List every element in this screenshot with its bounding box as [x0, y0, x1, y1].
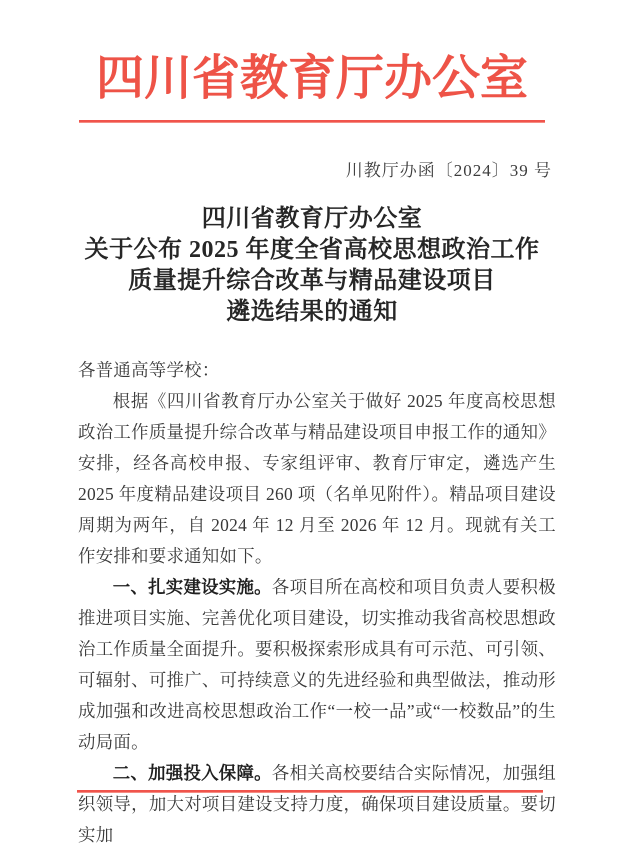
paragraph-1: 根据《四川省教育厅办公室关于做好 2025 年度高校思想政治工作质量提升综合改革…	[78, 386, 556, 572]
salutation: 各普通高等学校：	[78, 355, 556, 386]
title-line-2: 关于公布 2025 年度全省高校思想政治工作	[0, 235, 624, 266]
document-body: 各普通高等学校： 根据《四川省教育厅办公室关于做好 2025 年度高校思想政治工…	[78, 355, 556, 844]
header-red-rule	[79, 120, 545, 123]
letterhead-title: 四川省教育厅办公室	[0, 52, 624, 106]
paragraph-2: 一、扎实建设实施。各项目所在高校和项目负责人要积极推进项目实施、完善优化项目建设…	[78, 572, 556, 758]
title-line-4: 遴选结果的通知	[0, 297, 624, 328]
footer-red-rule	[77, 790, 543, 793]
document-number: 川教厅办函〔2024〕39 号	[0, 160, 624, 182]
paragraph-3-lead: 二、加强投入保障。	[113, 763, 272, 783]
paragraph-1-text: 根据《四川省教育厅办公室关于做好 2025 年度高校思想政治工作质量提升综合改革…	[78, 391, 556, 566]
official-document-page: 四川省教育厅办公室 川教厅办函〔2024〕39 号 四川省教育厅办公室 关于公布…	[0, 0, 624, 844]
title-line-1: 四川省教育厅办公室	[0, 204, 624, 235]
paragraph-2-text: 各项目所在高校和项目负责人要积极推进项目实施、完善优化项目建设，切实推动我省高校…	[78, 577, 556, 752]
document-title: 四川省教育厅办公室 关于公布 2025 年度全省高校思想政治工作 质量提升综合改…	[0, 204, 624, 328]
paragraph-2-lead: 一、扎实建设实施。	[113, 577, 272, 597]
paragraph-3: 二、加强投入保障。各相关高校要结合实际情况，加强组织领导，加大对项目建设支持力度…	[78, 758, 556, 844]
title-line-3: 质量提升综合改革与精品建设项目	[0, 266, 624, 297]
